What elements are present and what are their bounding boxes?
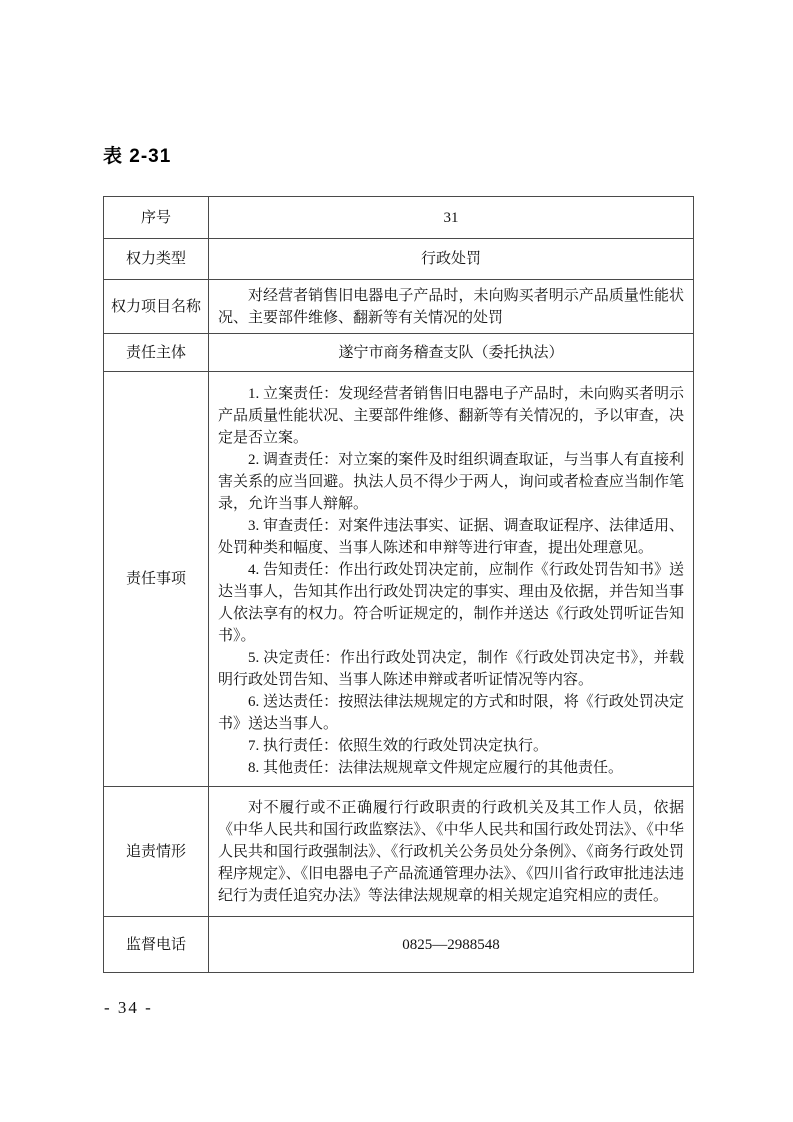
responsibility-items-value: 1. 立案责任：发现经营者销售旧电器电子产品时，未向购买者明示产品质量性能状况、… [209, 372, 694, 787]
document-page: 表 2-31 序号 31 权力类型 行政处罚 权力项目名称 对经营者销售旧电器电… [0, 0, 793, 1122]
row-responsible-entity: 责任主体 遂宁市商务稽查支队（委托执法） [104, 334, 694, 372]
responsibility-item-7: 7. 执行责任：依照生效的行政处罚决定执行。 [218, 735, 684, 757]
row-label: 责任事项 [104, 372, 209, 787]
responsibility-item-3: 3. 审查责任：对案件违法事实、证据、调查取证程序、法律适用、处罚种类和幅度、当… [218, 515, 684, 559]
responsibility-item-2: 2. 调查责任：对立案的案件及时组织调查取证，与当事人有直接利害关系的应当回避。… [218, 449, 684, 515]
row-responsibility-items: 责任事项 1. 立案责任：发现经营者销售旧电器电子产品时，未向购买者明示产品质量… [104, 372, 694, 787]
accountability-situations-value: 对不履行或不正确履行行政职责的行政机关及其工作人员，依据《中华人民共和国行政监察… [209, 787, 694, 917]
row-accountability-situations: 追责情形 对不履行或不正确履行行政职责的行政机关及其工作人员，依据《中华人民共和… [104, 787, 694, 917]
row-label: 追责情形 [104, 787, 209, 917]
row-power-item-name: 权力项目名称 对经营者销售旧电器电子产品时，未向购买者明示产品质量性能状况、主要… [104, 280, 694, 334]
row-serial-number: 序号 31 [104, 197, 694, 239]
power-item-name-value: 对经营者销售旧电器电子产品时，未向购买者明示产品质量性能状况、主要部件维修、翻新… [209, 280, 694, 334]
responsible-entity-value: 遂宁市商务稽查支队（委托执法） [209, 334, 694, 372]
responsibility-item-4: 4. 告知责任：作出行政处罚决定前，应制作《行政处罚告知书》送达当事人，告知其作… [218, 559, 684, 647]
row-label: 责任主体 [104, 334, 209, 372]
responsibility-item-1: 1. 立案责任：发现经营者销售旧电器电子产品时，未向购买者明示产品质量性能状况、… [218, 383, 684, 449]
supervision-phone-value: 0825—2988548 [209, 917, 694, 973]
power-responsibility-table: 序号 31 权力类型 行政处罚 权力项目名称 对经营者销售旧电器电子产品时，未向… [103, 196, 694, 973]
serial-number-value: 31 [209, 197, 694, 239]
page-number: - 34 - [104, 998, 153, 1018]
row-label: 监督电话 [104, 917, 209, 973]
responsibility-item-5: 5. 决定责任：作出行政处罚决定，制作《行政处罚决定书》，并载明行政处罚告知、当… [218, 647, 684, 691]
row-supervision-phone: 监督电话 0825—2988548 [104, 917, 694, 973]
power-type-value: 行政处罚 [209, 239, 694, 280]
table-caption: 表 2-31 [103, 141, 171, 168]
row-label: 权力项目名称 [104, 280, 209, 334]
power-item-name-text: 对经营者销售旧电器电子产品时，未向购买者明示产品质量性能状况、主要部件维修、翻新… [218, 285, 684, 329]
row-power-type: 权力类型 行政处罚 [104, 239, 694, 280]
row-label: 权力类型 [104, 239, 209, 280]
responsibility-item-8: 8. 其他责任：法律法规规章文件规定应履行的其他责任。 [218, 757, 684, 779]
responsibility-item-6: 6. 送达责任：按照法律法规规定的方式和时限，将《行政处罚决定书》送达当事人。 [218, 691, 684, 735]
row-label: 序号 [104, 197, 209, 239]
accountability-situations-text: 对不履行或不正确履行行政职责的行政机关及其工作人员，依据《中华人民共和国行政监察… [218, 797, 684, 907]
